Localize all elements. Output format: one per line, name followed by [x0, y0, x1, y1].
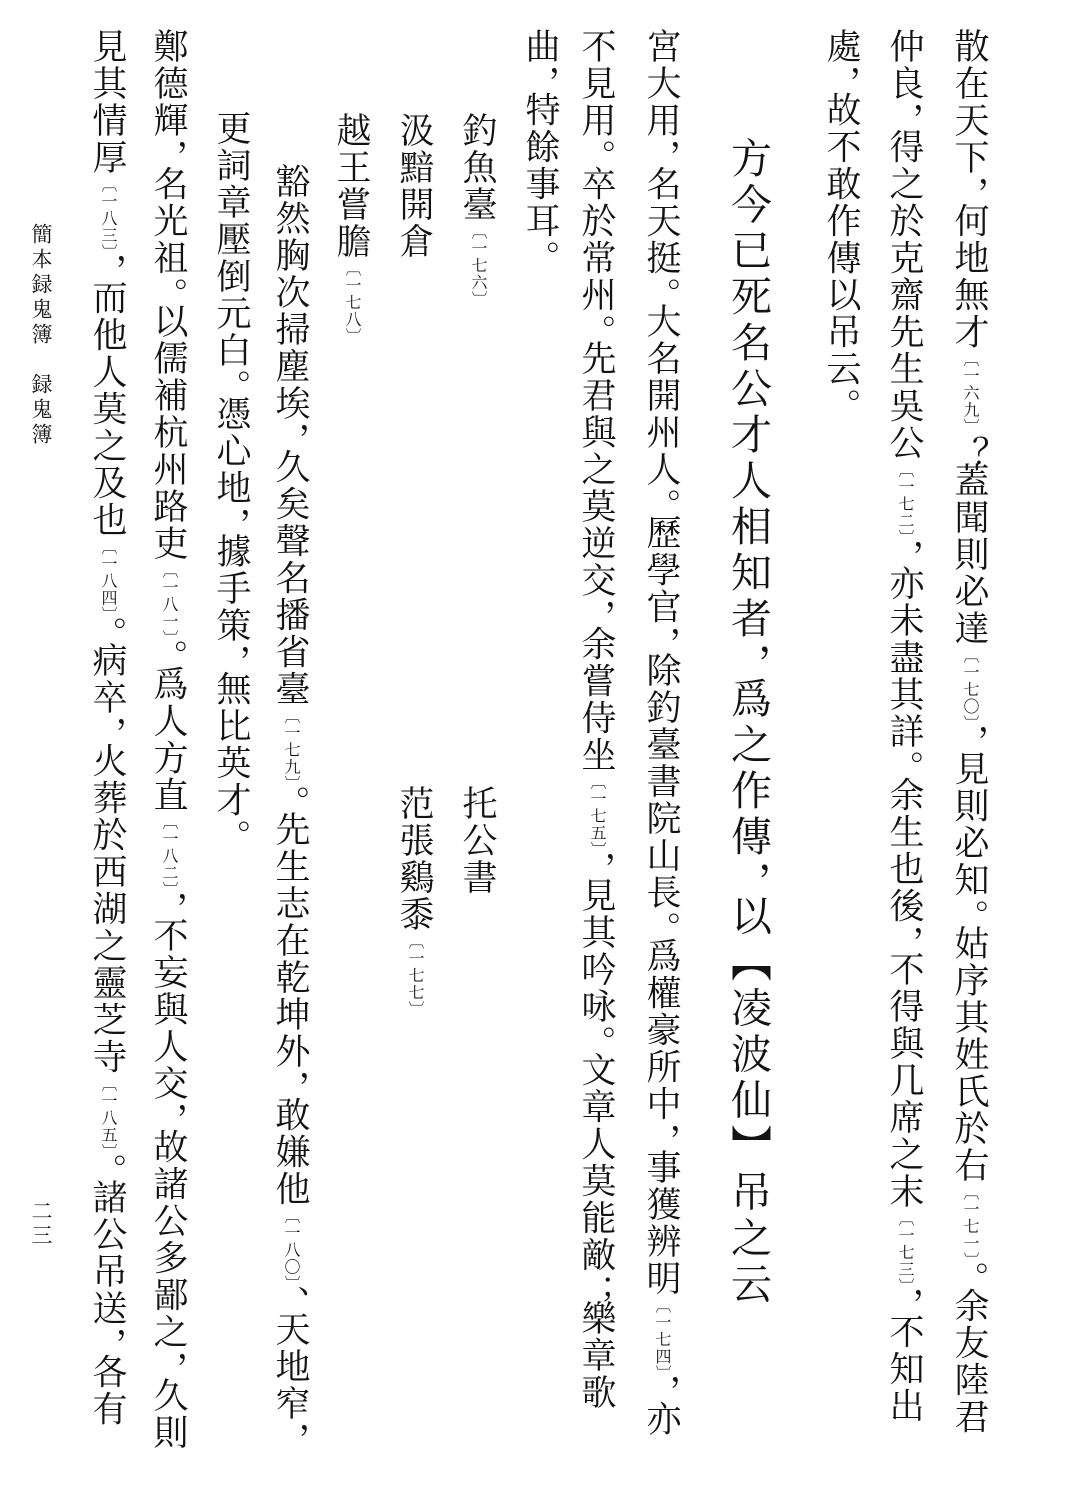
footnote-reference: 〔一六九〕	[961, 351, 978, 436]
footnote-reference: 〔一七七〕	[406, 933, 423, 1018]
play-title-column: 越王嘗膽〔一七八〕	[334, 112, 369, 345]
footnote-reference: 〔一八四〕	[99, 539, 116, 616]
eulogy-verse-column: 更詞章壓倒元白。憑心地，據手策，無比英才。	[214, 110, 249, 845]
footnote-reference: 〔一七二〕	[896, 462, 913, 539]
body-text-column: 見其情厚〔一八三〕，而他人莫之及也〔一八四〕。病卒，火葬於西湖之靈芝寺〔一八五〕…	[90, 28, 125, 1428]
footnote-reference: 〔一七三〕	[896, 1210, 913, 1287]
footnote-reference: 〔一八三〕	[99, 176, 116, 253]
play-title-column: 范張鷄黍〔一七七〕	[397, 785, 432, 1018]
margin-book-title: 簡本録鬼簿 録鬼簿	[30, 223, 51, 448]
eulogy-verse-column: 豁然胸次掃塵埃，久矣聲名播省臺〔一七九〕。先生志在乾坤外，敢嫌他〔一八〇〕、天地…	[273, 163, 308, 1449]
footnote-reference: 〔一七六〕	[469, 223, 486, 308]
footnote-reference: 〔一八〇〕	[282, 1208, 299, 1285]
footnote-reference: 〔一七九〕	[282, 708, 299, 785]
footnote-reference: 〔一八一〕	[160, 562, 177, 639]
play-title-column: 托公書	[460, 785, 495, 896]
body-text-column: 仲良，得之於克齋先生吳公〔一七二〕，亦未盡其詳。余生也後，不得與几席之末〔一七三…	[887, 28, 922, 1425]
footnote-reference: 〔一七〇〕	[961, 647, 978, 724]
body-text-column: 宮大用，名天挺。大名開州人。歷學官，除釣臺書院山長。爲權豪所中，事獲辨明〔一七四…	[644, 28, 679, 1438]
book-page: 散在天下，何地無才〔一六九〕？蓋聞則必達〔一七〇〕，見則必知。姑序其姓氏於右〔一…	[0, 0, 1080, 1493]
footnote-reference: 〔一七一〕	[961, 1184, 978, 1261]
footnote-reference: 〔一七五〕	[588, 774, 605, 851]
footnote-reference: 〔一八二〕	[160, 814, 177, 891]
body-text-column: 處，故不敢作傳以吊云。	[824, 28, 859, 414]
footnote-reference: 〔一七四〕	[653, 1297, 670, 1374]
body-text-column: 不見用。卒於常州。先君與之莫逆交，余嘗侍坐〔一七五〕，見其吟咏。文章人莫能敵；樂…	[579, 28, 614, 1411]
play-title-column: 汲黯開倉	[397, 112, 432, 260]
page-number: 二三	[30, 1200, 51, 1248]
body-text-column: 曲，特餘事耳。	[523, 28, 558, 266]
body-text-column: 散在天下，何地無才〔一六九〕？蓋聞則必達〔一七〇〕，見則必知。姑序其姓氏於右〔一…	[952, 28, 987, 1436]
footnote-reference: 〔一八五〕	[99, 1076, 116, 1153]
play-title-column: 釣魚臺〔一七六〕	[460, 112, 495, 308]
footnote-reference: 〔一七八〕	[343, 260, 360, 345]
body-text-column: 鄭德輝，名光祖。以儒補杭州路吏〔一八一〕。爲人方直〔一八二〕，不妄與人交，故諸公…	[151, 28, 186, 1451]
section-heading-column: 方今已死名公才人相知者，爲之作傳，以【凌波仙】吊之云	[727, 137, 768, 1308]
